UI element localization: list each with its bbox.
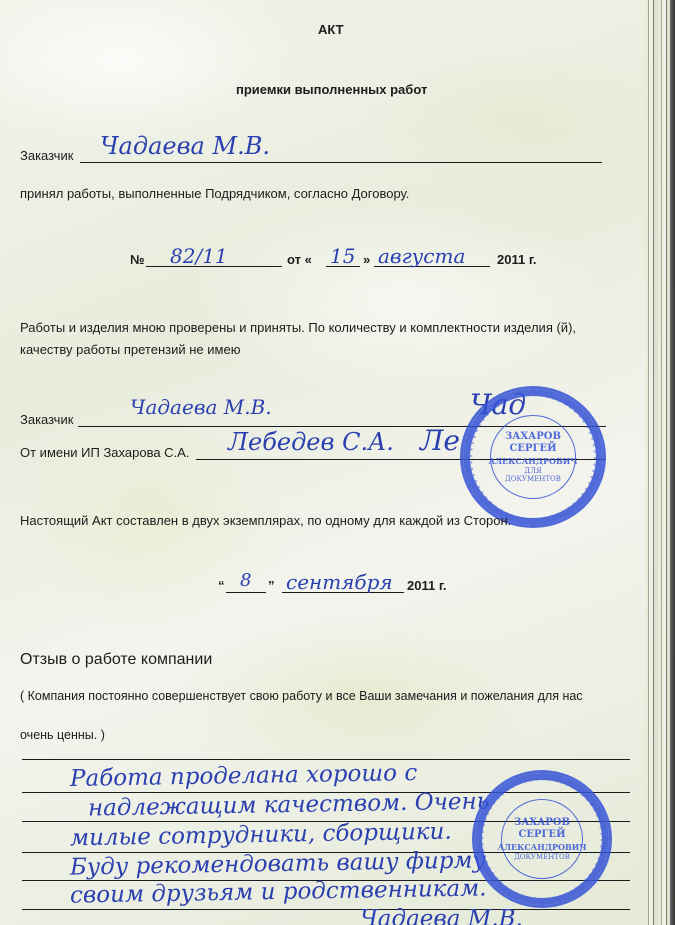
feedback-handwritten-line-6: Чадаева М.В. <box>360 906 523 925</box>
contract-close-quote: » <box>363 252 370 267</box>
act-date-open-quote: “ <box>218 578 225 593</box>
act-date-close-quote: ” <box>268 578 275 593</box>
inspection-text-line1: Работы и изделия мною проверены и принят… <box>20 320 576 335</box>
document-title: АКТ <box>318 22 344 37</box>
contract-number-label: № <box>130 252 145 267</box>
contract-day-handwritten: 15 <box>330 244 355 268</box>
signature-customer-label: Заказчик <box>20 412 73 427</box>
customer-underline <box>80 162 602 163</box>
contractor-signature: Ле <box>420 424 460 457</box>
feedback-note-line2: очень ценны. ) <box>20 728 105 742</box>
feedback-note-line1: ( Компания постоянно совершенствует свою… <box>20 689 583 703</box>
company-stamp-feedback: ЗАХАРОВ СЕРГЕЙ АЛЕКСАНДРОВИЧ ДОКУМЕНТОВ <box>472 770 612 908</box>
company-stamp: ЗАХАРОВ СЕРГЕЙ АЛЕКСАНДРОВИЧ ДЛЯ ДОКУМЕН… <box>460 386 606 528</box>
stamp-name-line3: АЛЕКСАНДРОВИЧ <box>497 841 586 853</box>
page-edge-scan-artifact <box>645 0 675 925</box>
stamp-name-line1: ЗАХАРОВ <box>514 817 570 829</box>
stamp-name-line2: СЕРГЕЙ <box>509 443 556 455</box>
stamp-name-line1: ЗАХАРОВ <box>505 431 561 443</box>
stamp-center: ЗАХАРОВ СЕРГЕЙ АЛЕКСАНДРОВИЧ ДЛЯ ДОКУМЕН… <box>490 415 576 499</box>
stamp-name-line3: АЛЕКСАНДРОВИЧ <box>488 455 577 467</box>
signature-contractor-label: От имени ИП Захарова С.А. <box>20 445 189 460</box>
stamp-name-line2: СЕРГЕЙ <box>518 829 565 841</box>
act-date-day-underline <box>226 592 266 593</box>
contract-month-handwritten: августа <box>378 244 465 268</box>
signature-customer-name-handwritten: Чадаева М.В. <box>130 395 272 419</box>
inspection-text-line2: качеству работы претензий не имею <box>20 342 240 357</box>
accepted-text: принял работы, выполненные Подрядчиком, … <box>20 186 409 201</box>
act-date-month-handwritten: сентября <box>286 570 393 594</box>
act-date-day-handwritten: 8 <box>240 570 251 591</box>
feedback-rule-0 <box>22 759 630 760</box>
copies-text: Настоящий Акт составлен в двух экземпляр… <box>20 513 511 528</box>
signature-contractor-name-handwritten: Лебедев С.А. <box>228 428 394 456</box>
contract-from-label: от « <box>287 252 312 267</box>
customer-label: Заказчик <box>20 148 73 163</box>
customer-name-handwritten: Чадаева М.В. <box>100 132 270 160</box>
stamp-center: ЗАХАРОВ СЕРГЕЙ АЛЕКСАНДРОВИЧ ДОКУМЕНТОВ <box>501 799 583 879</box>
contract-number-handwritten: 82/11 <box>170 244 228 268</box>
stamp-purpose-line2: ДОКУМЕНТОВ <box>505 475 561 483</box>
stamp-purpose-line1: ДЛЯ <box>524 467 541 475</box>
feedback-rule-5 <box>22 909 630 910</box>
document-subtitle: приемки выполненных работ <box>236 82 427 97</box>
contract-year: 2011 г. <box>497 252 537 267</box>
stamp-purpose-line2: ДОКУМЕНТОВ <box>514 853 570 861</box>
act-date-year: 2011 г. <box>407 578 447 593</box>
feedback-heading: Отзыв о работе компании <box>20 651 212 669</box>
